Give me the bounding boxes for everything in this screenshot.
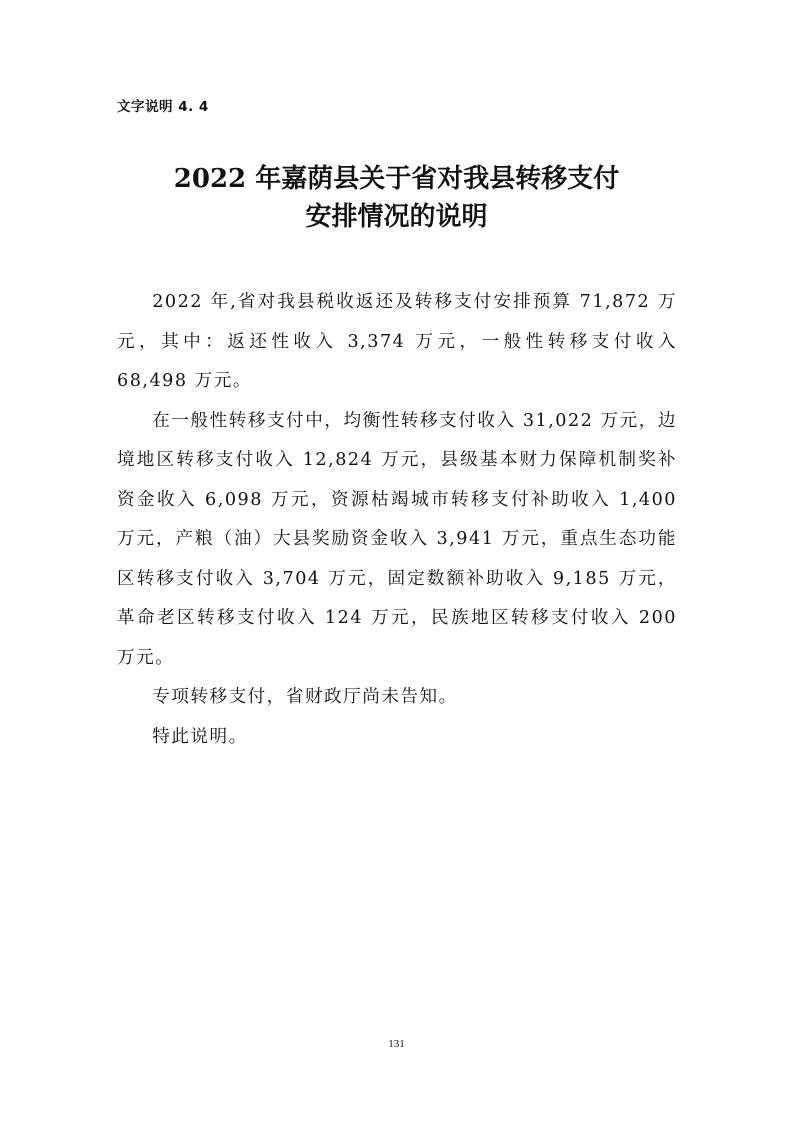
paragraph-general-transfer-details: 在一般性转移支付中，均衡性转移支付收入 31,022 万元，边境地区转移支付收入… [117,402,677,679]
title-line-1: 2022 年嘉荫县关于省对我县转移支付 [0,160,793,198]
paragraph-budget-summary: 2022 年,省对我县税收返还及转移支付安排预算 71,872 万元，其中：返还… [117,283,677,402]
document-label: 文字说明 4. 4 [117,95,209,115]
document-body: 2022 年,省对我县税收返还及转移支付安排预算 71,872 万元，其中：返还… [117,283,677,757]
page-number: 131 [0,1038,793,1050]
document-title: 2022 年嘉荫县关于省对我县转移支付 安排情况的说明 [0,160,793,236]
paragraph-special-transfer: 专项转移支付，省财政厅尚未告知。 [117,678,677,718]
paragraph-closing: 特此说明。 [117,718,677,758]
title-line-2: 安排情况的说明 [0,198,793,236]
